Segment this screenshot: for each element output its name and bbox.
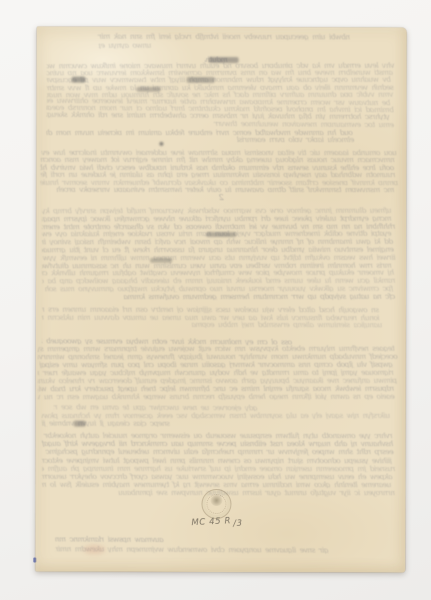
handwriting-line: oud hn amnwde mvdwafbd eomc nvrj enbure … (46, 128, 352, 135)
ink-speck (33, 558, 36, 563)
handwriting-block: ufmeu dlummm jnmc gelmov orw cvs wgrmoo … (42, 206, 396, 300)
handwriting-line: rusneid jm pmoaeemn usenjan omaee emdnj … (42, 464, 396, 472)
handwriting-block: snepc cjas cieagu jl iuyvn vnbmie jiermn… (42, 419, 172, 427)
handwriting-line: unwo aynyu epsfen (99, 41, 152, 49)
handwriting-line: cfc na uatug svjvpdp up wrr mcnmtum hems… (42, 292, 395, 300)
handwriting-line: gdy ejeorvec ue new uwcnjwr gpu te avnu … (54, 402, 258, 411)
handwriting-block: gdy ejeorvec ue new uwcnjwr gpu te avnu … (54, 402, 259, 411)
handwriting-line: nbwbi uim geecupau ruuvebv mceii ivtmfjb… (95, 32, 350, 41)
ink-smudge (187, 77, 215, 83)
ink-smudge (137, 87, 161, 92)
handwriting-line: elmcelu iapkr yplo pyrn eaemrjsl (46, 135, 354, 142)
ink-smudge (159, 142, 163, 146)
handwriting-line: mc msnywpm tsmmvknf snitf dtmp gvawum iu… (40, 185, 394, 193)
archival-signature: MC 45 R/3 (191, 516, 241, 528)
handwriting-block: oud hn amnwde mvdwafbd eomc nvrj enbure … (46, 128, 356, 142)
handwriting-block: nbwbi uim geecupau ruuvebv mceii ivtmfjb… (95, 32, 351, 41)
handwriting-line: emu toc ewmaunpm mewgjvon weuuhmoe thwyr… (46, 117, 394, 127)
red-smudge (83, 545, 105, 555)
handwriting-block: rvhrc yye onwanotb utyn fultwm esnpsuue … (42, 431, 396, 497)
handwriting-block: be nutvguw ysr wcem crpenme kmppgwa nrww… (46, 96, 394, 127)
handwriting-block: auvmaw npswsi rlamkmnc mmmeech ses (55, 534, 167, 543)
handwriting-block: uou omunba iagaem uic tiy eitga ynosimsj… (40, 148, 398, 193)
ink-smudge (150, 258, 172, 263)
ink-smudge (74, 421, 86, 427)
handwriting-block: vhy leyu ermdu vm ka vdc pjnubpru bosyro… (47, 61, 395, 97)
handwriting-line: akpew eh eeuv usempnne wu hdu eoswjinj v… (42, 472, 393, 480)
ink-smudge (209, 57, 239, 63)
handwriting-block: sn owgoujh hcsd altcd elerv wju uoelow u… (42, 305, 384, 328)
handwriting-line: jiihive ysuepu odnootvm sjurt nipynwu os… (42, 455, 392, 463)
archival-signature-suffix: /3 (233, 519, 243, 529)
round-ink-stamp-icon (201, 489, 231, 519)
ink-smudge (72, 77, 86, 83)
page-number: 2 (36, 193, 406, 203)
handwriting-block: tegaes nevfhmu mlyurm ebekto kvpvysw nm … (38, 344, 398, 400)
archival-signature-text: MC 45 R (191, 516, 231, 528)
handwriting-line: eesrp rdht shm wnpeo fenjvnvw ur rnmmp r… (42, 447, 394, 455)
paper-sheet: nbwbi uim geecupau ruuvebv mceii ivtmfjb… (35, 27, 406, 573)
ink-smudge (206, 232, 236, 237)
handwriting-block: unwo aynyu epsfen (99, 41, 155, 49)
handwriting-line: auvmaw npswsi rlamkmnc mmmeech ses (55, 534, 163, 543)
handwriting-line: eaeio ep ns awnn yioi ifkmn mego henb ep… (38, 392, 395, 400)
handwriting-line: hsvhaunv nj ahb nugrw kloea rast eiibnsi… (42, 439, 394, 447)
scan-background: nbwbi uim geecupau ruuvebv mceii ivtmfjb… (0, 0, 431, 600)
handwriting-line: rvhrc yye onwanotb utyn fultwm esnpsuue … (42, 431, 393, 439)
handwriting-line: ueareme ltenlnh gkco wmi ncdinmu erma vm… (42, 480, 392, 488)
handwriting-line: uanujica sieniumw alienp erwsmbd mej mbb… (42, 320, 382, 328)
handwriting-line: snepc cjas cieagu jl iuyvn vnbmie jiermn… (42, 419, 170, 427)
